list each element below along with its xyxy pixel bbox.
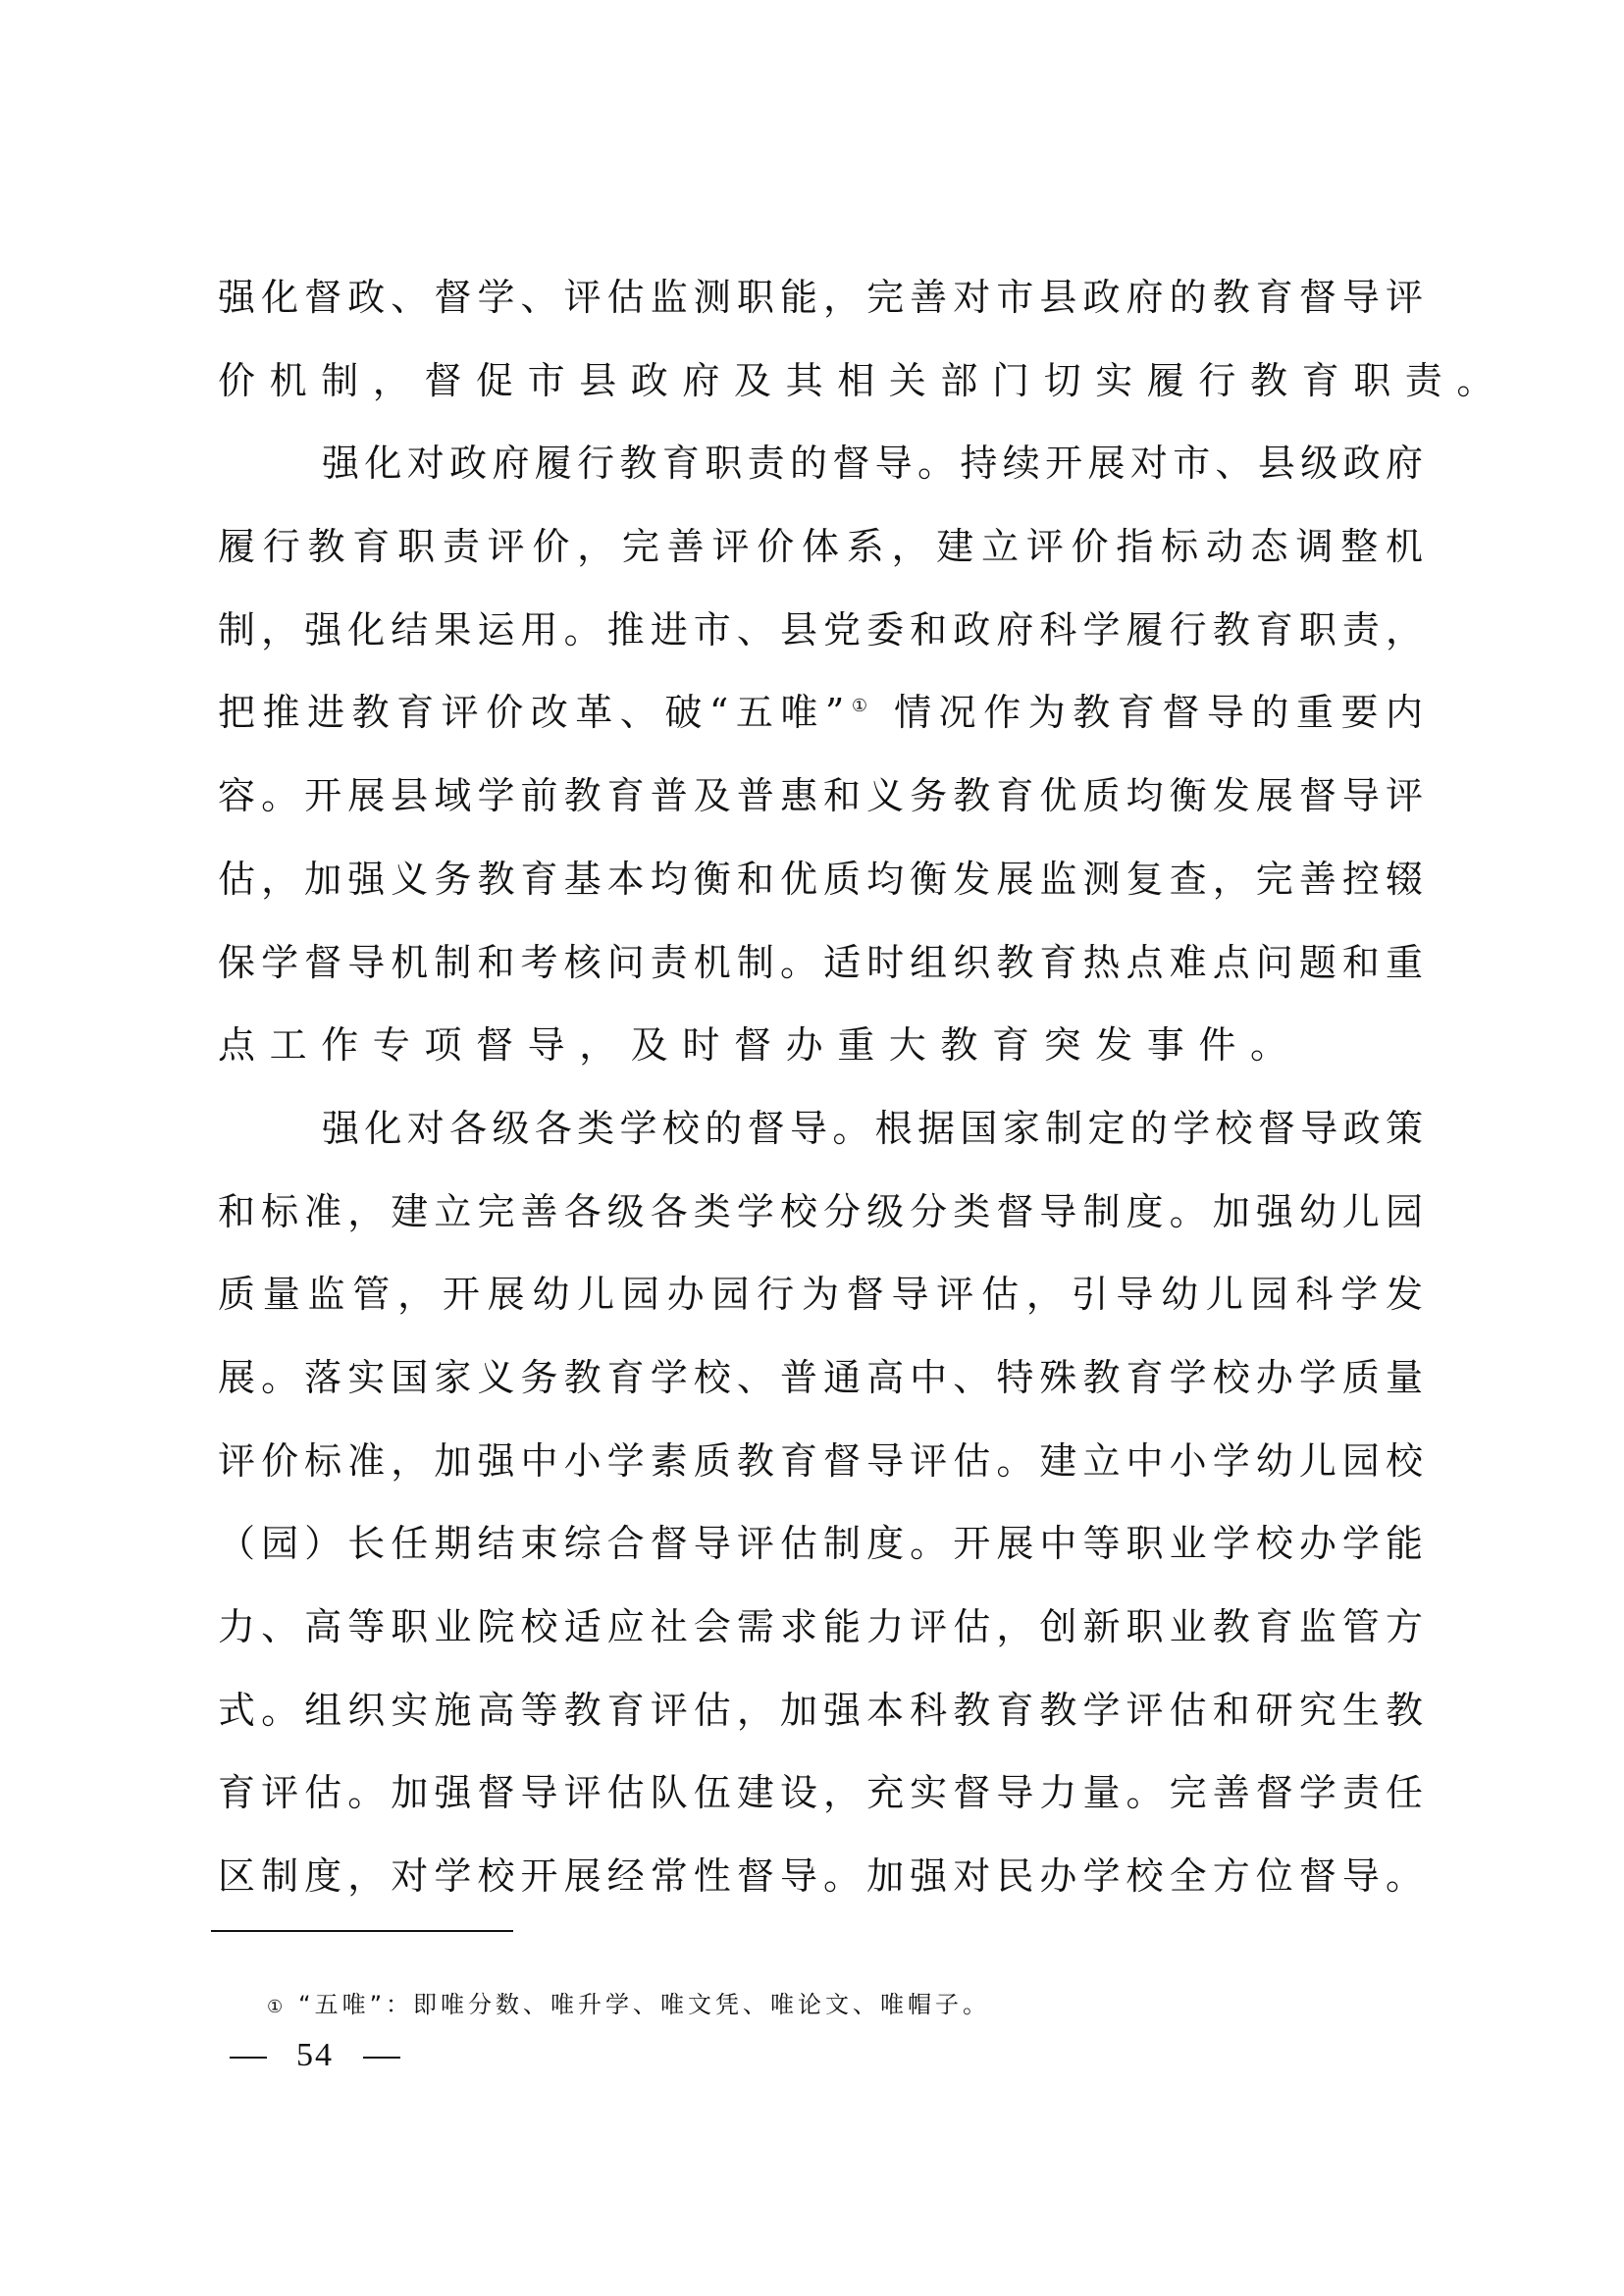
text-line: 式。组织实施高等教育评估，加强本科教育教学评估和研究生教: [218, 1669, 1423, 1752]
footnote: ①“五唯”：即唯分数、唯升学、唯文凭、唯论文、唯帽子。: [267, 1989, 990, 2023]
paragraph-first-line: 强化对政府履行教育职责的督导。持续开展对市、县级政府: [218, 422, 1423, 505]
text-line: 展。落实国家义务教育学校、普通高中、特殊教育学校办学质量: [218, 1336, 1423, 1420]
text-line: 点工作专项督导，及时督办重大教育突发事件。: [218, 1004, 1423, 1087]
text-line: 估，加强义务教育基本均衡和优质均衡发展监测复查，完善控辍: [218, 838, 1423, 921]
footnote-reference[interactable]: ①: [844, 696, 874, 716]
text-line: 强化督政、督学、评估监测职能，完善对市县政府的教育督导评: [218, 256, 1423, 339]
body-text: 强化督政、督学、评估监测职能，完善对市县政府的教育督导评 价机制，督促市县政府及…: [218, 256, 1423, 1918]
text-line: 价机制，督促市县政府及其相关部门切实履行教育职责。: [218, 339, 1423, 423]
text-line: 保学督导机制和考核问责机制。适时组织教育热点难点问题和重: [218, 921, 1423, 1005]
text-line: （园）长任期结束综合督导评估制度。开展中等职业学校办学能: [218, 1502, 1423, 1586]
footnote-mark: ①: [267, 1997, 283, 2017]
text-line: 履行教育职责评价，完善评价体系，建立评价指标动态调整机: [218, 505, 1423, 589]
text-line: 评价标准，加强中小学素质教育督导评估。建立中小学幼儿园校: [218, 1420, 1423, 1503]
text-line: 区制度，对学校开展经常性督导。加强对民办学校全方位督导。: [218, 1835, 1423, 1918]
footnote-text: “五唯”：即唯分数、唯升学、唯文凭、唯论文、唯帽子。: [298, 1991, 990, 2018]
text-line: 和标准，建立完善各级各类学校分级分类督导制度。加强幼儿园: [218, 1171, 1423, 1254]
text-line: 育评估。加强督导评估队伍建设，充实督导力量。完善督学责任: [218, 1751, 1423, 1835]
text-line: 质量监管，开展幼儿园办园行为督导评估，引导幼儿园科学发: [218, 1253, 1423, 1336]
paragraph-first-line: 强化对各级各类学校的督导。根据国家制定的学校督导政策: [218, 1087, 1423, 1171]
text-segment: 情况作为教育督导的重要内: [875, 691, 1423, 734]
document-page: 强化督政、督学、评估监测职能，完善对市县政府的教育督导评 价机制，督促市县政府及…: [0, 0, 1624, 2296]
text-segment: 把推进教育评价改革、破“五唯”: [218, 691, 844, 734]
text-line-with-footnote-ref: 把推进教育评价改革、破“五唯”① 情况作为教育督导的重要内: [218, 671, 1423, 755]
footnote-separator: [211, 1930, 513, 1932]
page-number-dash-right: [363, 2057, 400, 2059]
text-line: 制，强化结果运用。推进市、县党委和政府科学履行教育职责，: [218, 589, 1423, 672]
page-number: 54: [230, 2035, 400, 2076]
text-line: 力、高等职业院校适应社会需求能力评估，创新职业教育监管方: [218, 1586, 1423, 1669]
page-number-dash-left: [230, 2057, 267, 2059]
page-number-value: 54: [296, 2035, 334, 2076]
text-line: 容。开展县域学前教育普及普惠和义务教育优质均衡发展督导评: [218, 755, 1423, 838]
